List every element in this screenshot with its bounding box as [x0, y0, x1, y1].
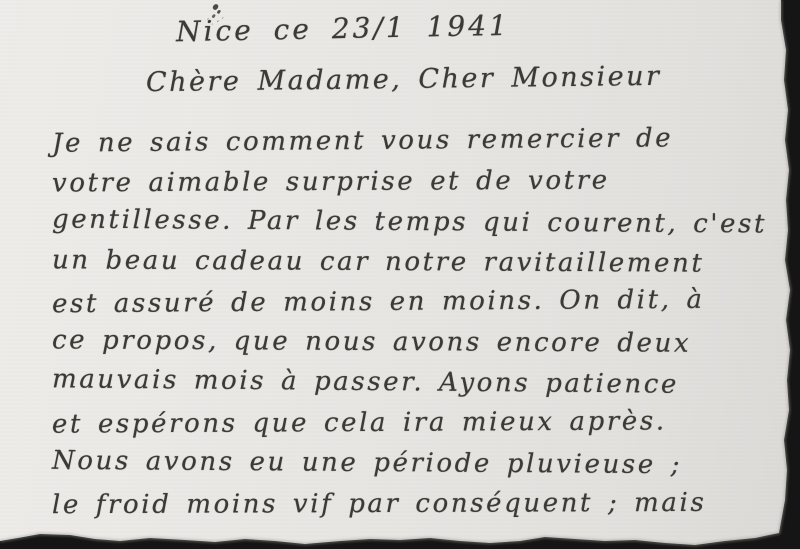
body-line-4: un beau cadeau car notre ravitaillement — [52, 245, 705, 278]
body-line-2: votre aimable surprise et de votre — [52, 166, 610, 199]
ink-blot — [212, 3, 219, 11]
body-line-9: Nous avons eu une période pluvieuse ; — [52, 446, 682, 480]
date-line: Nice ce 23/1 1941 — [176, 9, 510, 48]
body-line-3: gentillesse. Par les temps qui courent, … — [52, 205, 767, 240]
letter-scan: Nice ce 23/1 1941 Chère Madame, Cher Mon… — [0, 0, 800, 549]
body-line-6: ce propos, que nous avons encore deux — [52, 325, 691, 358]
body-line-7: mauvais mois à passer. Ayons patience — [52, 364, 679, 399]
body-line-8: et espérons que cela ira mieux après. — [52, 406, 667, 439]
body-line-5: est assuré de moins en moins. On dit, à — [52, 285, 705, 320]
body-line-1: Je ne sais comment vous remercier de — [52, 123, 673, 158]
salutation-line: Chère Madame, Cher Monsieur — [146, 61, 662, 98]
body-line-10: le froid moins vif par conséquent ; mais — [52, 488, 706, 520]
paper-sheet: Nice ce 23/1 1941 Chère Madame, Cher Mon… — [0, 0, 792, 545]
